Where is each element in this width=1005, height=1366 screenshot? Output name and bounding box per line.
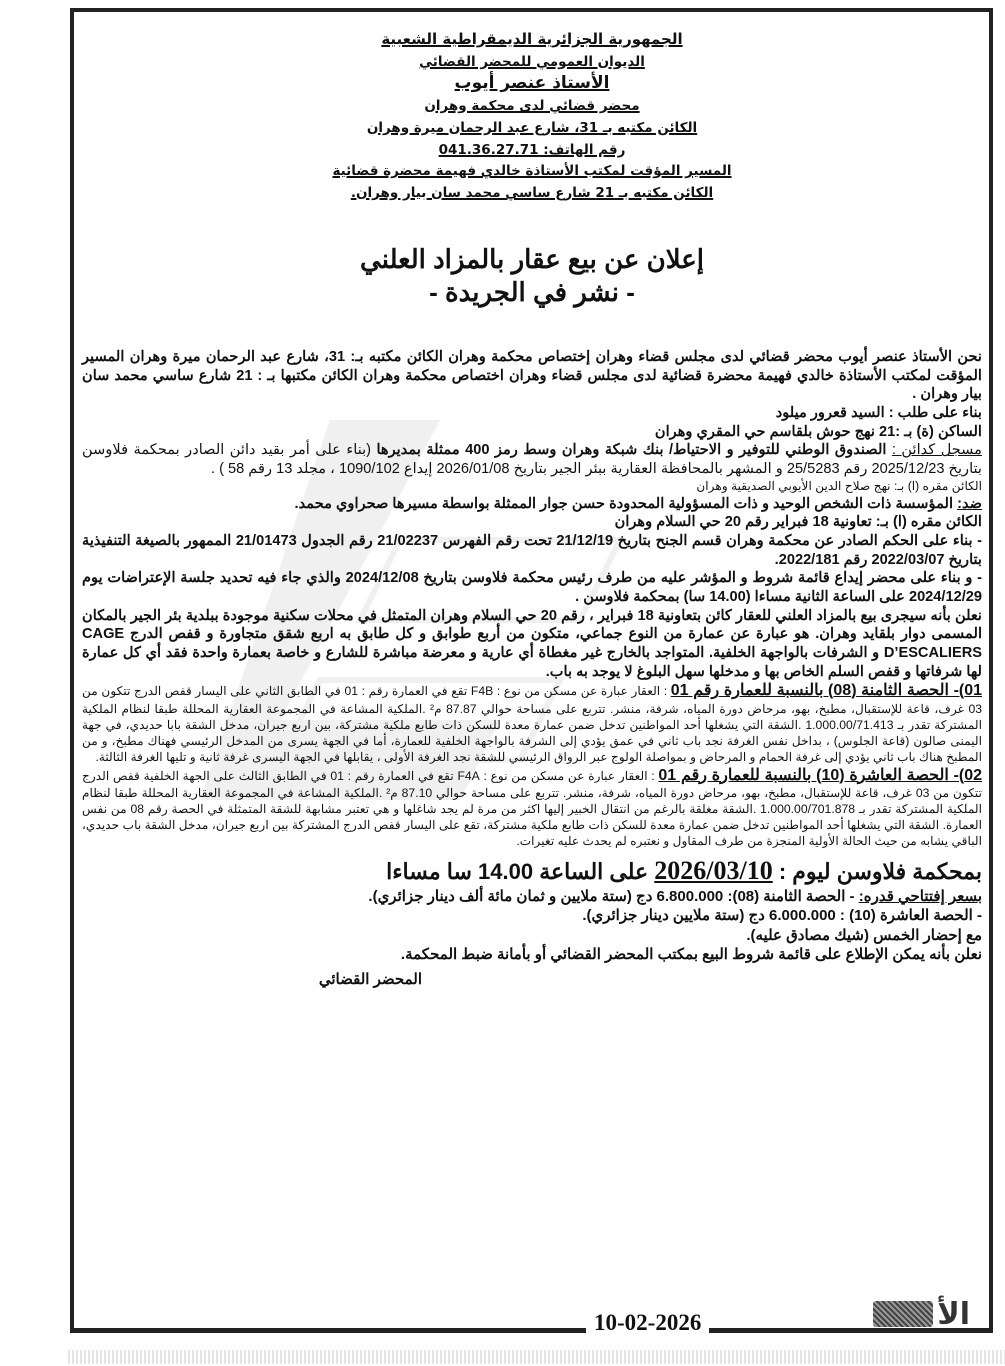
- bailiff-address: الكائن مكتبه بـ 31، شارع عبد الرحمان مير…: [367, 120, 697, 136]
- creditor-label: مسجل كدائن :: [892, 442, 982, 458]
- bailiff-name: الأستاذ عنصر أيوب: [455, 73, 610, 93]
- title-sub: - نشر في الجريدة -: [82, 276, 982, 309]
- consult-conditions: نعلن بأنه يمكن الإطلاع على قائمة شروط ال…: [82, 945, 982, 964]
- office-heading: الديوان العمومي للمحضر القضائي: [419, 54, 645, 70]
- logo-glyph: الأ: [937, 1297, 970, 1332]
- announcement-paragraph: نعلن بأنه سيجرى بيع بالمزاد العلني للعقا…: [82, 607, 982, 682]
- publication-date: 10-02-2026: [586, 1310, 709, 1336]
- creditor-name: الصندوق الوطني للتوفير و الاحتياط/ بنك ش…: [376, 442, 886, 458]
- notice-title: إعلان عن بيع عقار بالمزاد العلني - نشر ف…: [82, 243, 982, 308]
- opening-price-label: بسعر إفتتاحي قدره:: [859, 888, 982, 905]
- against-label: ضد:: [957, 496, 982, 512]
- auction-prefix: بمحكمة فلاوسن ليوم :: [779, 859, 982, 884]
- notice-body: نحن الأستاذ عنصر أيوب محضر قضائي لدى مجل…: [82, 348, 982, 989]
- auction-date-line: بمحكمة فلاوسن ليوم : 2026/03/10 على السا…: [82, 854, 982, 887]
- judgment-paragraph: - بناء على الحكم الصادر عن محكمة وهران ق…: [82, 532, 982, 569]
- auction-date: 2026/03/10: [654, 856, 772, 885]
- against-party: المؤسسة ذات الشخص الوحيد و ذات المسؤولية…: [295, 496, 953, 512]
- auction-suffix: على الساعة 14.00 سا مساءا: [386, 859, 648, 884]
- resident-line: الساكن (ة) بـ :21 نهج حوش بلقاسم حي المق…: [82, 423, 982, 442]
- bailiff-role: محضر قضائي لدى محكمة وهران: [424, 98, 639, 114]
- letterhead: الجمهورية الجزائرية الديمقراطية الشعبية …: [82, 28, 982, 203]
- lot-1-title: 01)- الحصة الثامنة (08) بالنسبة للعمارة …: [671, 682, 982, 699]
- lot-1: 01)- الحصة الثامنة (08) بالنسبة للعمارة …: [82, 681, 982, 765]
- logo-mark-icon: [873, 1301, 933, 1327]
- lot-2: 02)- الحصة العاشرة (10) بالنسبة للعمارة …: [82, 766, 982, 850]
- title-main: إعلان عن بيع عقار بالمزاد العلني: [82, 243, 982, 276]
- signature: المحضر القضائي: [82, 970, 982, 989]
- creditor-seat: الكائن مقره (ا) بـ: نهج صلاح الدين الأيو…: [82, 479, 982, 495]
- interim-address: الكائن مكتبه بـ 21 شارع ساسي محمد سان بي…: [351, 185, 713, 201]
- interim-manager: المسير المؤقت لمكتب الأستاذة خالدي فهيمة…: [332, 163, 731, 179]
- deposit-requirement: مع إحضار الخمس (شيك مصادق عليه).: [82, 926, 982, 945]
- price-lot-10: - الحصة العاشرة (10) : 6.000.000 دج (ستة…: [82, 906, 982, 925]
- scan-strip: [68, 1350, 1005, 1364]
- bailiff-phone: رقم الهاتف: 041.36.27.71: [439, 142, 626, 158]
- lot-2-title: 02)- الحصة العاشرة (10) بالنسبة للعمارة …: [658, 767, 982, 784]
- deposit-paragraph: - و بناء على محضر إيداع قائمة شروط و الم…: [82, 569, 982, 606]
- newspaper-logo: الأ: [852, 1296, 970, 1332]
- legal-notice: الجمهورية الجزائرية الديمقراطية الشعبية …: [82, 28, 982, 989]
- price-lot-8: - الحصة الثامنة (08): 6.800.000 دج (ستة …: [368, 888, 854, 905]
- request-line: بناء على طلب : السيد قعرور ميلود: [82, 404, 982, 423]
- intro-paragraph: نحن الأستاذ عنصر أيوب محضر قضائي لدى مجل…: [82, 348, 982, 404]
- against-seat: الكائن مقره (ا) بـ: تعاونية 18 فبراير رق…: [82, 513, 982, 532]
- republic-heading: الجمهورية الجزائرية الديمقراطية الشعبية: [381, 30, 682, 48]
